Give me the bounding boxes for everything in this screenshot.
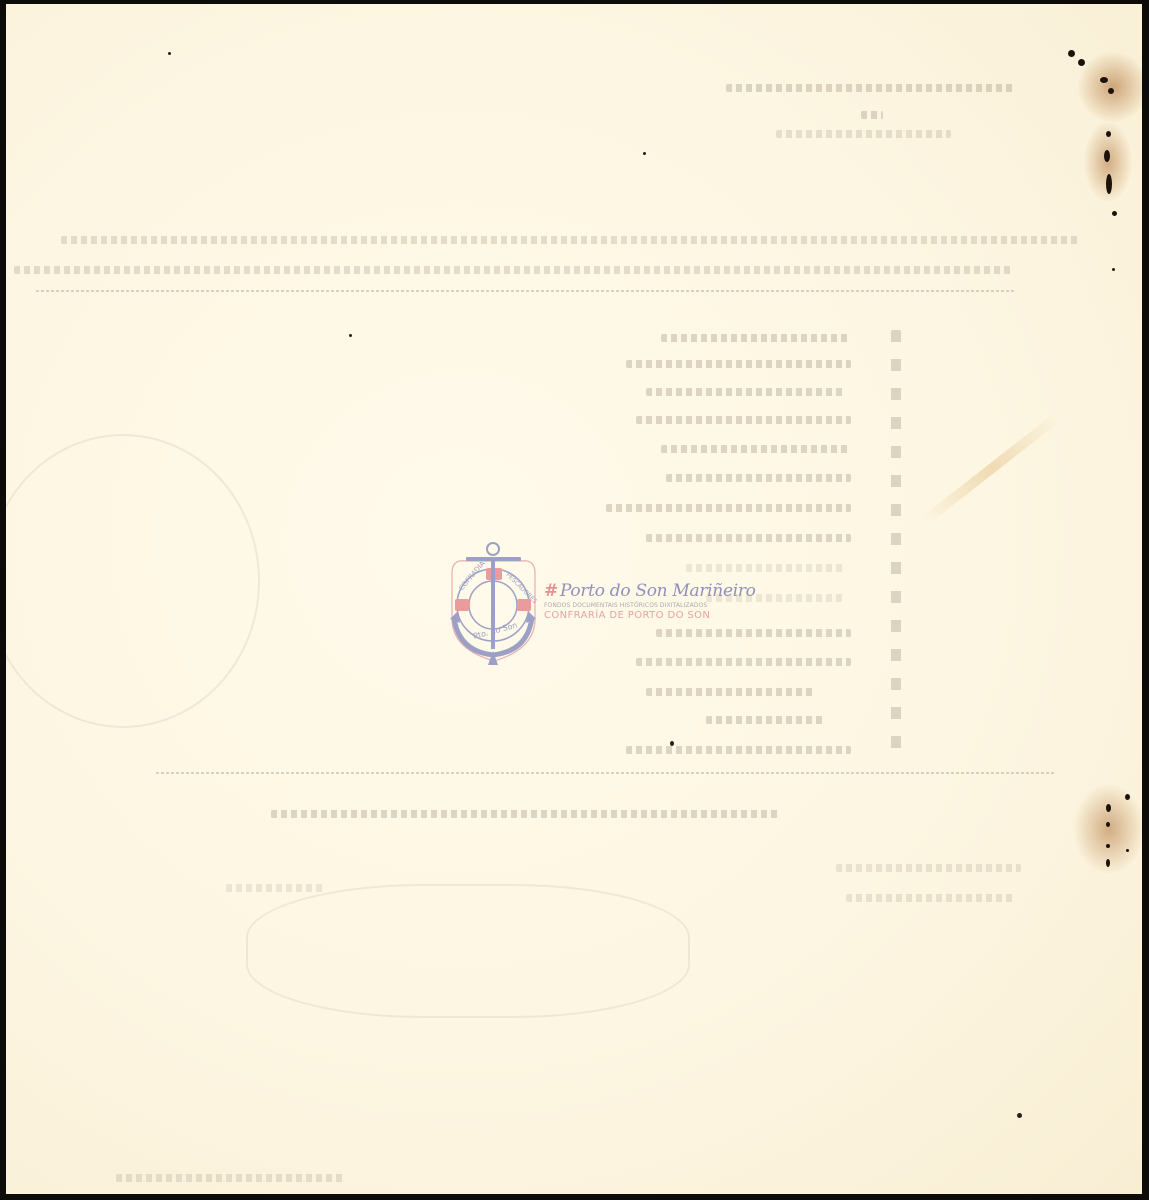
bleed-through-line: [116, 1174, 346, 1182]
paper-speck: [1017, 1113, 1022, 1118]
bleed-through-numbers: [891, 330, 901, 750]
rust-stain: [1078, 52, 1142, 122]
bleed-through-line: [726, 84, 1016, 92]
burn-hole: [1125, 794, 1130, 800]
bleed-through-line: [646, 388, 846, 396]
watermark-text-block: #Porto do Son Mariñeiro FONDOS DOCUMENTA…: [544, 581, 756, 621]
burn-hole: [1068, 50, 1075, 57]
paper-sheet: COFRADIA PESCADORES Pto. do Son #Porto d…: [6, 4, 1142, 1194]
scan-frame: COFRADIA PESCADORES Pto. do Son #Porto d…: [0, 0, 1149, 1200]
svg-text:COFRADIA: COFRADIA: [457, 559, 486, 592]
burn-hole: [1112, 211, 1117, 216]
paper-speck: [643, 152, 646, 155]
bleed-through-rule: [36, 290, 1016, 292]
burn-hole: [1106, 859, 1110, 867]
bleed-through-line: [846, 894, 1016, 902]
burn-hole: [1106, 822, 1110, 827]
paper-streak-stain: [921, 413, 1061, 526]
bleed-through-line: [626, 746, 851, 754]
paper-speck: [349, 334, 352, 337]
archive-watermark: COFRADIA PESCADORES Pto. do Son #Porto d…: [446, 539, 726, 669]
hashtag-icon: #: [544, 581, 558, 601]
bleed-through-line: [626, 360, 851, 368]
anchor-lifebuoy-icon: COFRADIA PESCADORES Pto. do Son: [446, 539, 541, 669]
burn-hole: [1106, 804, 1111, 812]
bleed-through-line: [606, 504, 851, 512]
bleed-through-line: [776, 130, 951, 138]
bleed-through-line: [661, 334, 851, 342]
burn-hole: [1100, 77, 1108, 83]
burn-hole: [1078, 59, 1085, 66]
burn-hole: [1126, 849, 1129, 852]
bleed-through-line: [61, 236, 1081, 244]
paper-speck: [1112, 268, 1115, 271]
burn-hole: [1104, 150, 1110, 162]
bleed-through-line: [226, 884, 326, 892]
burn-hole: [1106, 174, 1112, 194]
watermark-title: #Porto do Son Mariñeiro: [544, 581, 756, 601]
watermark-subtitle: FONDOS DOCUMENTAIS HISTÓRICOS DIXITALIZA…: [544, 602, 756, 609]
burn-hole: [1108, 88, 1114, 94]
faint-stamp-ghost: [246, 884, 690, 1018]
bleed-through-line: [861, 111, 883, 119]
paper-speck: [670, 741, 674, 746]
bleed-through-line: [706, 716, 826, 724]
burn-hole: [1106, 131, 1111, 137]
bleed-through-line: [271, 810, 781, 818]
bleed-through-line: [666, 474, 851, 482]
bleed-through-line: [836, 864, 1021, 872]
faint-stamp-ghost: [6, 434, 260, 728]
bleed-through-line: [636, 416, 851, 424]
bleed-through-line: [646, 688, 816, 696]
svg-text:Pto. do Son: Pto. do Son: [472, 620, 518, 640]
bleed-through-rule: [156, 772, 1056, 774]
paper-speck: [168, 52, 171, 55]
bleed-through-line: [661, 445, 849, 453]
watermark-organization: CONFRARÍA DE PORTO DO SON: [544, 610, 756, 621]
bleed-through-line: [14, 266, 1014, 274]
burn-hole: [1106, 844, 1110, 848]
